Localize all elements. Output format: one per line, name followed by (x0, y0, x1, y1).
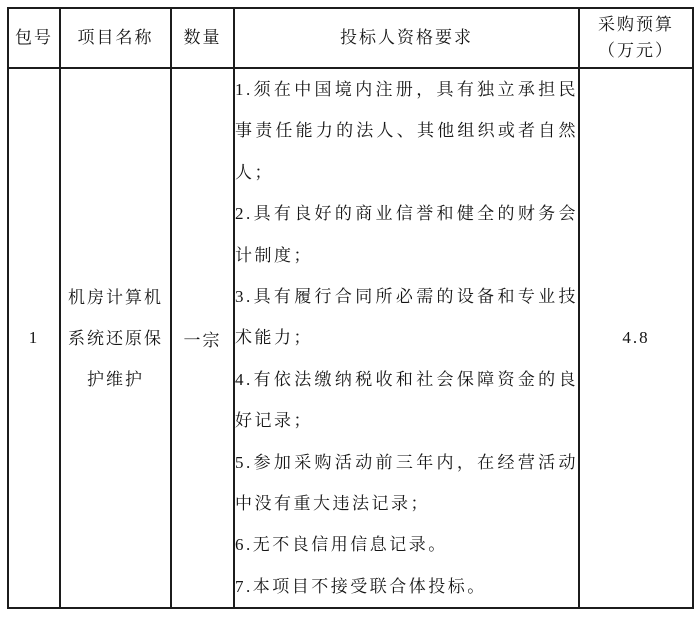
cell-requirements: 1.须在中国境内注册，具有独立承担民事责任能力的法人、其他组织或者自然人； 2.… (234, 68, 579, 608)
table-row: 1 机房计算机系统还原保护维护 一宗 1.须在中国境内注册，具有独立承担民事责任… (8, 68, 693, 608)
document-page: 包号 项目名称 数量 投标人资格要求 采购预算 （万元） 1 机房计算机系统还原… (7, 7, 694, 609)
column-header-quantity: 数量 (171, 8, 234, 68)
requirement-item: 7.本项目不接受联合体投标。 (235, 566, 578, 607)
column-header-budget: 采购预算 （万元） (579, 8, 693, 68)
cell-project-name: 机房计算机系统还原保护维护 (60, 68, 171, 608)
table-header-row: 包号 项目名称 数量 投标人资格要求 采购预算 （万元） (8, 8, 693, 68)
requirement-item: 5.参加采购活动前三年内，在经营活动中没有重大违法记录； (235, 442, 578, 525)
requirement-item: 6.无不良信用信息记录。 (235, 524, 578, 565)
cell-budget: 4.8 (579, 68, 693, 608)
requirement-item: 1.须在中国境内注册，具有独立承担民事责任能力的法人、其他组织或者自然人； (235, 69, 578, 193)
cell-quantity: 一宗 (171, 68, 234, 608)
requirement-item: 4.有依法缴纳税收和社会保障资金的良好记录； (235, 359, 578, 442)
column-header-requirements: 投标人资格要求 (234, 8, 579, 68)
requirement-item: 2.具有良好的商业信誉和健全的财务会计制度； (235, 193, 578, 276)
column-header-package-no: 包号 (8, 8, 60, 68)
cell-package-no: 1 (8, 68, 60, 608)
procurement-table: 包号 项目名称 数量 投标人资格要求 采购预算 （万元） 1 机房计算机系统还原… (7, 7, 694, 609)
column-header-project-name: 项目名称 (60, 8, 171, 68)
requirement-item: 3.具有履行合同所必需的设备和专业技术能力； (235, 276, 578, 359)
